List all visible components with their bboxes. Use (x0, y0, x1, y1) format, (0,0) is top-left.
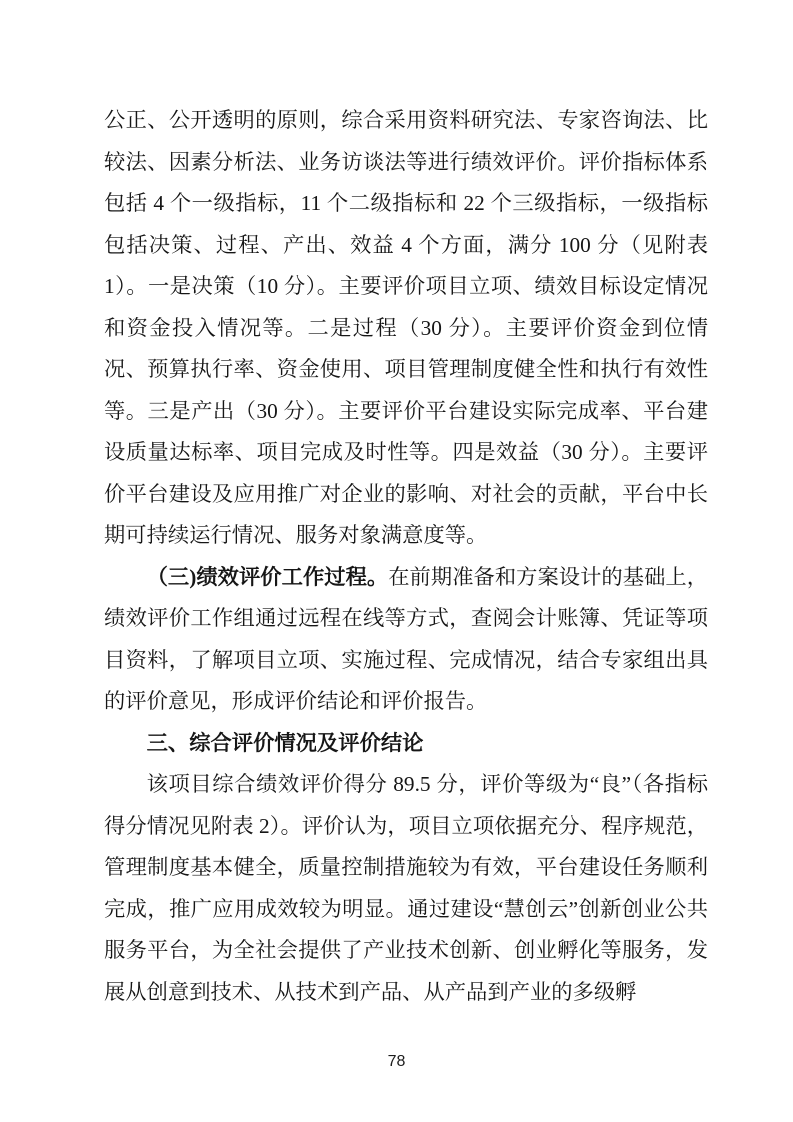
document-page: 公正、公开透明的原则，综合采用资料研究法、专家咨询法、比较法、因素分析法、业务访… (0, 0, 793, 1122)
paragraph-evaluation-conclusion: 该项目综合绩效评价得分 89.5 分，评价等级为“良”（各指标得分情况见附表 2… (104, 764, 708, 1013)
paragraph-evaluation-work-process: （三)绩效评价工作过程。在前期准备和方案设计的基础上，绩效评价工作组通过远程在线… (104, 557, 708, 723)
page-number: 78 (388, 1053, 406, 1070)
paragraph-evaluation-methodology: 公正、公开透明的原则，综合采用资料研究法、专家咨询法、比较法、因素分析法、业务访… (104, 100, 708, 557)
page-footer: 78 (0, 1052, 793, 1072)
paragraph-lead-title: （三)绩效评价工作过程。 (147, 565, 389, 589)
page-content: 公正、公开透明的原则，综合采用资料研究法、专家咨询法、比较法、因素分析法、业务访… (104, 100, 708, 1013)
section-heading-comprehensive-evaluation: 三、综合评价情况及评价结论 (104, 723, 708, 765)
